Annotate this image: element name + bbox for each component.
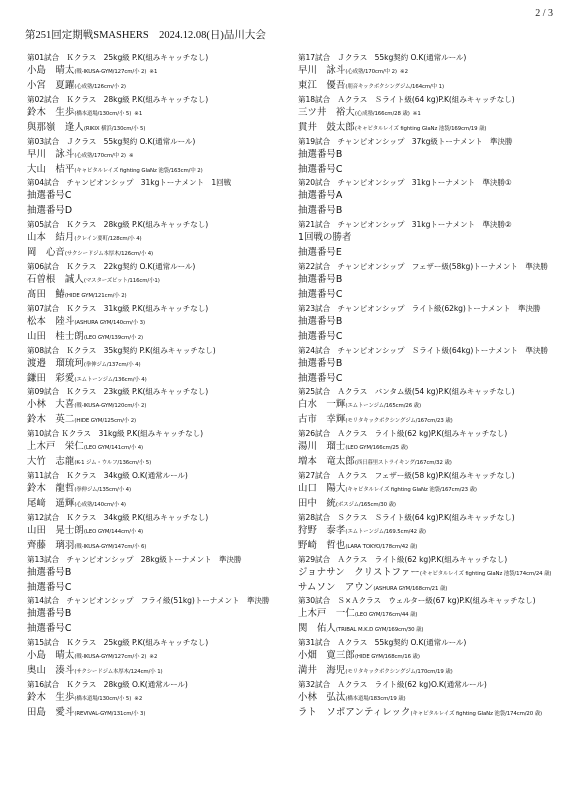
match-block: 第12試合 Ｋクラス 34kg級 P.K(組みキャッチなし) 山田 晃士朗(LE… [27, 512, 297, 554]
fighter-info: (HIDE GYM/121cm/小 2) [65, 293, 127, 299]
fighter-info: (心成塾/170cm/中 2) [345, 69, 397, 75]
fighter-row-red: 小畑 寛三郎(HIDE GYM/168cm/16 歳) [298, 649, 565, 664]
fighter-name: 奥山 湊斗 [27, 665, 74, 676]
fighter-row-red: 抽選番号B [27, 566, 297, 581]
fighter-row-red: 山本 結月(クレイン要町/128cm/小 4) [27, 231, 297, 246]
match-header: 第26試合 Ａクラス ライト級(62 kg)P.K(組みキャッチなし) [298, 428, 565, 440]
fighter-name: 抽選番号C [27, 190, 72, 201]
match-header: 第24試合 チャンピオンシップ Ｓライト級(64kg)トーナメント 準決勝 [298, 345, 565, 357]
fighter-info: (戦-IKUSA-GYM/147cm/小 6) [74, 544, 146, 550]
fighter-name: 田島 愛斗 [27, 707, 74, 718]
fighter-row-red: 白水 一輝(エムトーンジム/165cm/26 歳) [298, 398, 565, 413]
match-header: 第10試合 Ｋクラス 31kg級 P.K(組みキャッチなし) [27, 428, 297, 440]
fighter-row-blue: 山田 桂士朗(LEO GYM/139cm/小 2) [27, 330, 297, 345]
fighter-row-red: 山口 陽大(キャピタルレイズ fighting GlaNz 池袋/167cm/2… [298, 482, 565, 497]
fighter-row-red: 小島 晴太(戦-IKUSA-GYM/127cm/小 2)※1 [27, 64, 297, 79]
fighter-note: ※1 [149, 69, 157, 75]
match-block: 第14試合 チャンピオンシップ フライ級(51kg)トーナメント 準決勝 抽選番… [27, 595, 297, 637]
match-header: 第22試合 チャンピオンシップ フェザー級(58kg)トーナメント 準決勝 [298, 261, 565, 273]
fighter-name: 東江 優吾 [298, 80, 345, 91]
fighter-info: (エムトーンジム/165cm/26 歳) [345, 403, 421, 409]
match-column-left: 第01試合 Ｋクラス 25kg級 P.K(組みキャッチなし) 小島 晴太(戦-I… [27, 52, 297, 721]
match-block: 第32試合 Ａクラス ライト級(62 kg)O.K(通常ルール) 小林 弘汰(橋… [298, 679, 565, 721]
fighter-name: 抽選番号B [27, 608, 71, 619]
fighter-info: (サクシードジム本厚木/124cm/小 1) [74, 669, 162, 675]
fighter-note: ※2 [400, 69, 408, 75]
match-block: 第09試合 Ｋクラス 23kg級 P.K(組みキャッチなし) 小林 大喜(戦-I… [27, 386, 297, 428]
fighter-row-blue: 田中 統(ボスジム/165cm/30 歳) [298, 497, 565, 512]
fighter-name: 狩野 泰孝 [298, 525, 345, 536]
fighter-note: ※2 [134, 696, 142, 702]
match-header: 第15試合 Ｋクラス 25kg級 P.K(組みキャッチなし) [27, 637, 297, 649]
fighter-info: (RIKIX 横浜/130cm/小 5) [84, 126, 146, 132]
fighter-row-red: 抽選番号B [298, 273, 565, 288]
fighter-row-red: 鈴木 龍哲(拳伸ジム/135cm/小 4) [27, 482, 297, 497]
fighter-row-blue: 尾﨑 遥輝(心成塾/140cm/小 4) [27, 497, 297, 512]
fighter-name: 古市 幸輝 [298, 414, 345, 425]
fighter-row-red: 渡邉 瑠琉珂(拳伸ジム/137cm/小 4) [27, 357, 297, 372]
fighter-name: サムソン アウン [298, 582, 373, 593]
fighter-row-red: 抽選番号C [27, 189, 297, 204]
fighter-name: 抽選番号B [27, 567, 71, 578]
fighter-name: 抽選番号C [298, 289, 343, 300]
fighter-info: (ASHURA GYM/168cm/21 歳) [373, 586, 447, 592]
fighter-row-blue: 増本 竜太郎(西日暮里ストライキング/167cm/32 歳) [298, 455, 565, 470]
fighter-info: (戦-IKUSA-GYM/127cm/小 2) [74, 69, 146, 75]
fighter-name: 尾﨑 遥輝 [27, 498, 74, 509]
fighter-info: (サクシードジム本厚木/126cm/小 4) [65, 251, 153, 257]
fighter-name: 白水 一輝 [298, 399, 345, 410]
match-header: 第31試合 Ａクラス 55kg契約 O.K(通常ルール) [298, 637, 565, 649]
match-block: 第06試合 Ｋクラス 22kg契約 O.K(通常ルール) 石曽根 誠人(マスター… [27, 261, 297, 303]
fighter-row-blue: 大竹 志龍(K-1 ジム・ウルフ/136cm/小 5) [27, 455, 297, 470]
match-block: 第04試合 チャンピオンシップ 31kgトーナメント 1回戦 抽選番号C 抽選番… [27, 177, 297, 219]
fighter-name: 抽選番号C [298, 164, 343, 175]
match-header: 第04試合 チャンピオンシップ 31kgトーナメント 1回戦 [27, 177, 297, 189]
fighter-name: 山田 桂士朗 [27, 331, 84, 342]
fighter-row-blue: 抽選番号C [298, 163, 565, 178]
fighter-row-blue: 東江 優吾(朋音キックボクシングジム/164cm/中 1) [298, 79, 565, 94]
fighter-info: (心成塾/140cm/小 4) [74, 502, 126, 508]
fighter-name: 抽選番号C [298, 373, 343, 384]
fighter-row-blue: 野崎 哲也(LARA TOKYO/178cm/42 歳) [298, 539, 565, 554]
match-block: 第17試合 Ｊクラス 55kg契約 O.K(通常ルール) 早川 詠斗(心成塾/1… [298, 52, 565, 94]
fighter-name: 抽選番号C [27, 582, 72, 593]
fighter-info: (戦-IKUSA-GYM/120cm/小 2) [74, 403, 146, 409]
match-header: 第20試合 チャンピオンシップ 31kgトーナメント 準決勝① [298, 177, 565, 189]
fighter-name: 上木戸 一仁 [298, 608, 355, 619]
fighter-info: (拳伸ジム/137cm/小 4) [84, 362, 141, 368]
fighter-row-blue: 大山 桔平(キャピタルレイズ fighting GlaNz 池袋/163cm/中… [27, 163, 297, 178]
fighter-name: 小島 晴太 [27, 65, 74, 76]
fighter-name: 渡邉 瑠琉珂 [27, 358, 84, 369]
fighter-info: (心成塾/170cm/中 2) [74, 153, 126, 159]
fighter-row-red: 抽選番号B [27, 607, 297, 622]
fighter-name: 抽選番号B [298, 149, 342, 160]
match-block: 第29試合 Ａクラス ライト級(62 kg)P.K(組みキャッチなし) ジョナサ… [298, 554, 565, 596]
fighter-name: 上木戸 栄仁 [27, 441, 84, 452]
match-block: 第22試合 チャンピオンシップ フェザー級(58kg)トーナメント 準決勝 抽選… [298, 261, 565, 303]
fighter-info: (クレイン要町/128cm/小 4) [74, 236, 141, 242]
fighter-name: 小島 晴太 [27, 650, 74, 661]
match-block: 第30試合 Ｓ×Ａクラス ウェルター級(67 kg)P.K(組みキャッチなし) … [298, 595, 565, 637]
match-block: 第25試合 Ａクラス バンタム級(54 kg)P.K(組みキャッチなし) 白水 … [298, 386, 565, 428]
fighter-row-blue: 鎌田 彩愛(エムトーンジム/136cm/小 4) [27, 372, 297, 387]
match-block: 第21試合 チャンピオンシップ 31kgトーナメント 準決勝② 1回戦の勝者 抽… [298, 219, 565, 261]
fighter-info: (橋本道場/130cm/小 5) [74, 111, 131, 117]
fighter-row-blue: 小宮 夏躍(心成塾/126cm/小 2) [27, 79, 297, 94]
fighter-name: 田中 統 [298, 498, 336, 509]
fighter-info: (キャピタルレイズ fighting GlaNz 池袋/167cm/23 歳) [345, 487, 477, 493]
fighter-row-red: 鈴木 生歩(橋本道場/130cm/小 5)※2 [27, 691, 297, 706]
fighter-name: 関 佑人 [298, 623, 336, 634]
match-header: 第27試合 Ａクラス フェザー級(58 kg)P.K(組みキャッチなし) [298, 470, 565, 482]
fighter-name: 野崎 哲也 [298, 540, 345, 551]
fighter-name: 小畑 寛三郎 [298, 650, 355, 661]
fighter-row-red: 石曽根 誠人(マスターズピット/116cm/小1) [27, 273, 297, 288]
fighter-name: 鈴木 龍哲 [27, 483, 74, 494]
fighter-note: ※1 [413, 111, 421, 117]
match-block: 第15試合 Ｋクラス 25kg級 P.K(組みキャッチなし) 小島 晴太(戦-I… [27, 637, 297, 679]
fighter-row-blue: 抽選番号C [298, 372, 565, 387]
fighter-name: 満井 海児 [298, 665, 345, 676]
fighter-info: (マスターズピット/116cm/小1) [84, 278, 160, 284]
match-header: 第14試合 チャンピオンシップ フライ級(51kg)トーナメント 準決勝 [27, 595, 297, 607]
match-block: 第27試合 Ａクラス フェザー級(58 kg)P.K(組みキャッチなし) 山口 … [298, 470, 565, 512]
fighter-name: 抽選番号B [298, 316, 342, 327]
fighter-info: (LEO GYM/141cm/小 4) [84, 445, 143, 451]
fighter-info: (LEO GYM/176cm/44 歳) [355, 612, 418, 618]
fighter-name: 鎌田 彩愛 [27, 373, 74, 384]
fighter-row-blue: 抽選番号C [27, 622, 297, 637]
fighter-info: (エムトーンジム/136cm/小 4) [74, 377, 146, 383]
fighter-info: (心成塾/166cm/28 歳) [355, 111, 410, 117]
fighter-name: 抽選番号E [298, 247, 342, 258]
fighter-row-blue: 抽選番号B [298, 204, 565, 219]
match-block: 第07試合 Ｋクラス 31kg級 P.K(組みキャッチなし) 松本 陸斗(ASH… [27, 303, 297, 345]
fighter-row-red: 上木戸 栄仁(LEO GYM/141cm/小 4) [27, 440, 297, 455]
fighter-name: 抽選番号C [27, 623, 72, 634]
fighter-row-blue: ラト ソポアンティレック(キャピタルレイズ fighting GlaNz 池袋/… [298, 706, 565, 721]
fighter-row-red: 抽選番号B [298, 315, 565, 330]
fighter-name: 鈴木 英二 [27, 414, 74, 425]
match-header: 第03試合 Ｊクラス 55kg契約 O.K(通常ルール) [27, 136, 297, 148]
match-block: 第18試合 Ａクラス Ｓライト級(64 kg)P.K(組みキャッチなし) 三ツ井… [298, 94, 565, 136]
fighter-name: 早川 詠斗 [298, 65, 345, 76]
match-header: 第02試合 Ｋクラス 28kg級 P.K(組みキャッチなし) [27, 94, 297, 106]
match-block: 第03試合 Ｊクラス 55kg契約 O.K(通常ルール) 早川 詠斗(心成塾/1… [27, 136, 297, 178]
match-block: 第02試合 Ｋクラス 28kg級 P.K(組みキャッチなし) 鈴木 生歩(橋本道… [27, 94, 297, 136]
fighter-row-red: 松本 陸斗(ASHURA GYM/140cm/小 3) [27, 315, 297, 330]
fighter-note: ※1 [134, 111, 142, 117]
fighter-info: (LEO GYM/166cm/25 歳) [345, 445, 408, 451]
fighter-row-blue: 田島 愛斗(REVIVAL-GYM/131cm/小 3) [27, 706, 297, 721]
fighter-name: 抽選番号D [27, 205, 72, 216]
fighter-info: (キャピタルレイズ fighting GlaNz 池袋/174cm/24 歳) [420, 571, 552, 577]
fighter-info: (LEO GYM/139cm/小 2) [84, 335, 143, 341]
match-block: 第13試合 チャンピオンシップ 28kg級トーナメント 準決勝 抽選番号B 抽選… [27, 554, 297, 596]
fighter-row-blue: 抽選番号D [27, 204, 297, 219]
fighter-row-blue: 奥山 湊斗(サクシードジム本厚木/124cm/小 1) [27, 664, 297, 679]
fighter-name: ラト ソポアンティレック [298, 707, 410, 718]
match-block: 第19試合 チャンピオンシップ 37kg級トーナメント 準決勝 抽選番号B 抽選… [298, 136, 565, 178]
fighter-info: (HIDE GYM/168cm/16 歳) [355, 654, 420, 660]
document-title: 第251回定期戦SMASHERS 2024.12.08(日)品川大会 [25, 27, 266, 42]
match-header: 第30試合 Ｓ×Ａクラス ウェルター級(67 kg)P.K(組みキャッチなし) [298, 595, 565, 607]
fighter-row-red: 抽選番号B [298, 148, 565, 163]
fighter-row-blue: 満井 海児(モリタキックボクシングジム/170cm/19 歳) [298, 664, 565, 679]
fighter-name: 岡 心音 [27, 247, 65, 258]
match-block: 第01試合 Ｋクラス 25kg級 P.K(組みキャッチなし) 小島 晴太(戦-I… [27, 52, 297, 94]
fighter-row-red: 狩野 泰孝(エムトーンジム/169.5cm/42 歳) [298, 524, 565, 539]
fighter-info: (キャピタルレイズ fighting GlaNz 池袋/163cm/中 2) [74, 168, 202, 174]
fighter-name: 抽選番号C [298, 331, 343, 342]
fighter-row-red: 抽選番号A [298, 189, 565, 204]
fighter-info: (西日暮里ストライキング/167cm/32 歳) [355, 460, 452, 466]
match-header: 第19試合 チャンピオンシップ 37kg級トーナメント 準決勝 [298, 136, 565, 148]
match-block: 第20試合 チャンピオンシップ 31kgトーナメント 準決勝① 抽選番号A 抽選… [298, 177, 565, 219]
fighter-row-blue: 抽選番号C [298, 288, 565, 303]
fighter-info: (REVIVAL-GYM/131cm/小 3) [74, 711, 145, 717]
fighter-row-blue: 岡 心音(サクシードジム本厚木/126cm/小 4) [27, 246, 297, 261]
fighter-row-red: 小林 弘汰(橋本道場/183cm/19 歳) [298, 691, 565, 706]
fighter-row-red: 抽選番号B [298, 357, 565, 372]
match-header: 第11試合 Ｋクラス 34kg級 O.K(通常ルール) [27, 470, 297, 482]
match-block: 第08試合 Ｋクラス 35kg契約 P.K(組みキャッチなし) 渡邉 瑠琉珂(拳… [27, 345, 297, 387]
match-header: 第23試合 チャンピオンシップ ライト級(62kg)トーナメント 準決勝 [298, 303, 565, 315]
fighter-name: 抽選番号B [298, 274, 342, 285]
fighter-name: 1回戦の勝者 [298, 232, 351, 243]
fighter-name: 三ツ井 裕大 [298, 107, 355, 118]
fighter-info: (K-1 ジム・ウルフ/136cm/小 5) [74, 460, 151, 466]
fighter-row-blue: 抽選番号E [298, 246, 565, 261]
match-header: 第13試合 チャンピオンシップ 28kg級トーナメント 準決勝 [27, 554, 297, 566]
fighter-row-blue: 古市 幸輝(モリタキックボクシングジム/167cm/23 歳) [298, 413, 565, 428]
fighter-note: ※2 [149, 654, 157, 660]
fighter-name: 大山 桔平 [27, 164, 74, 175]
fighter-row-red: 1回戦の勝者 [298, 231, 565, 246]
fighter-name: 湯川 瑠士 [298, 441, 345, 452]
fighter-info: (キャピタルレイズ fighting GlaNz 池袋/174cm/20 歳) [410, 711, 542, 717]
fighter-row-red: 山田 晃士朗(LEO GYM/144cm/小 4) [27, 524, 297, 539]
match-block: 第11試合 Ｋクラス 34kg級 O.K(通常ルール) 鈴木 龍哲(拳伸ジム/1… [27, 470, 297, 512]
fighter-row-red: 三ツ井 裕大(心成塾/166cm/28 歳)※1 [298, 106, 565, 121]
match-header: 第09試合 Ｋクラス 23kg級 P.K(組みキャッチなし) [27, 386, 297, 398]
fighter-name: 抽選番号B [298, 358, 342, 369]
fighter-info: (モリタキックボクシングジム/167cm/23 歳) [345, 418, 452, 424]
fighter-name: 與那嶺 逢人 [27, 122, 84, 133]
fighter-row-red: 小林 大喜(戦-IKUSA-GYM/120cm/小 2) [27, 398, 297, 413]
fighter-name: 髙田 鰆 [27, 289, 65, 300]
fighter-info: (HIDE GYM/125cm/小 2) [74, 418, 136, 424]
fighter-info: (心成塾/126cm/小 2) [74, 84, 126, 90]
fighter-name: 山田 晃士朗 [27, 525, 84, 536]
match-header: 第28試合 Ｓクラス Ｓライト級(64 kg)P.K(組みキャッチなし) [298, 512, 565, 524]
match-header: 第18試合 Ａクラス Ｓライト級(64 kg)P.K(組みキャッチなし) [298, 94, 565, 106]
fighter-row-blue: 髙田 鰆(HIDE GYM/121cm/小 2) [27, 288, 297, 303]
fighter-info: (ASHURA GYM/140cm/小 3) [74, 320, 145, 326]
match-column-right: 第17試合 Ｊクラス 55kg契約 O.K(通常ルール) 早川 詠斗(心成塾/1… [298, 52, 565, 721]
fighter-row-blue: 與那嶺 逢人(RIKIX 横浜/130cm/小 5) [27, 121, 297, 136]
fighter-info: (LEO GYM/144cm/小 4) [84, 529, 143, 535]
match-header: 第08試合 Ｋクラス 35kg契約 P.K(組みキャッチなし) [27, 345, 297, 357]
match-header: 第07試合 Ｋクラス 31kg級 P.K(組みキャッチなし) [27, 303, 297, 315]
fighter-row-blue: 抽選番号C [27, 581, 297, 596]
fighter-info: (朋音キックボクシングジム/164cm/中 1) [345, 84, 444, 90]
fighter-name: 大竹 志龍 [27, 456, 74, 467]
fighter-info: (キャピタルレイズ fighting GlaNz 池袋/169cm/19 歳) [355, 126, 487, 132]
fighter-row-blue: 貫井 鼓太郎(キャピタルレイズ fighting GlaNz 池袋/169cm/… [298, 121, 565, 136]
match-block: 第28試合 Ｓクラス Ｓライト級(64 kg)P.K(組みキャッチなし) 狩野 … [298, 512, 565, 554]
match-header: 第21試合 チャンピオンシップ 31kgトーナメント 準決勝② [298, 219, 565, 231]
fighter-name: 山口 陽大 [298, 483, 345, 494]
fighter-name: ジョナサン クリストファー [298, 567, 420, 578]
match-block: 第31試合 Ａクラス 55kg契約 O.K(通常ルール) 小畑 寛三郎(HIDE… [298, 637, 565, 679]
fighter-name: 小林 弘汰 [298, 692, 345, 703]
fighter-row-red: 早川 詠斗(心成塾/170cm/中 2)※ [27, 148, 297, 163]
match-header: 第01試合 Ｋクラス 25kg級 P.K(組みキャッチなし) [27, 52, 297, 64]
fighter-row-blue: 関 佑人(TRIBAL M.K.D GYM/169cm/30 歳) [298, 622, 565, 637]
match-block: 第10試合 Ｋクラス 31kg級 P.K(組みキャッチなし) 上木戸 栄仁(LE… [27, 428, 297, 470]
fighter-row-red: 鈴木 生歩(橋本道場/130cm/小 5)※1 [27, 106, 297, 121]
fighter-name: 早川 詠斗 [27, 149, 74, 160]
fighter-row-red: ジョナサン クリストファー(キャピタルレイズ fighting GlaNz 池袋… [298, 566, 565, 581]
fighter-info: (橋本道場/183cm/19 歳) [345, 696, 405, 702]
fighter-name: 小林 大喜 [27, 399, 74, 410]
match-header: 第17試合 Ｊクラス 55kg契約 O.K(通常ルール) [298, 52, 565, 64]
fighter-name: 鈴木 生歩 [27, 107, 74, 118]
match-block: 第23試合 チャンピオンシップ ライト級(62kg)トーナメント 準決勝 抽選番… [298, 303, 565, 345]
fighter-note: ※ [129, 153, 134, 159]
match-block: 第16試合 Ｋクラス 28kg級 O.K(通常ルール) 鈴木 生歩(橋本道場/1… [27, 679, 297, 721]
match-header: 第05試合 Ｋクラス 28kg級 P.K(組みキャッチなし) [27, 219, 297, 231]
fighter-info: (モリタキックボクシングジム/170cm/19 歳) [345, 669, 452, 675]
fighter-name: 小宮 夏躍 [27, 80, 74, 91]
fighter-info: (LARA TOKYO/178cm/42 歳) [345, 544, 417, 550]
fighter-row-blue: 齊藤 璃羽(戦-IKUSA-GYM/147cm/小 6) [27, 539, 297, 554]
fighter-row-red: 上木戸 一仁(LEO GYM/176cm/44 歳) [298, 607, 565, 622]
fighter-row-blue: 抽選番号C [298, 330, 565, 345]
fighter-row-red: 小島 晴太(戦-IKUSA-GYM/127cm/小 2)※2 [27, 649, 297, 664]
fighter-name: 石曽根 誠人 [27, 274, 84, 285]
match-block: 第26試合 Ａクラス ライト級(62 kg)P.K(組みキャッチなし) 湯川 瑠… [298, 428, 565, 470]
fighter-info: (エムトーンジム/169.5cm/42 歳) [345, 529, 426, 535]
fighter-row-red: 早川 詠斗(心成塾/170cm/中 2)※2 [298, 64, 565, 79]
match-header: 第16試合 Ｋクラス 28kg級 O.K(通常ルール) [27, 679, 297, 691]
fighter-name: 齊藤 璃羽 [27, 540, 74, 551]
fighter-name: 松本 陸斗 [27, 316, 74, 327]
fighter-row-red: 湯川 瑠士(LEO GYM/166cm/25 歳) [298, 440, 565, 455]
fighter-row-blue: サムソン アウン(ASHURA GYM/168cm/21 歳) [298, 581, 565, 596]
fighter-info: (拳伸ジム/135cm/小 4) [74, 487, 131, 493]
fighter-name: 鈴木 生歩 [27, 692, 74, 703]
match-header: 第12試合 Ｋクラス 34kg級 P.K(組みキャッチなし) [27, 512, 297, 524]
fighter-name: 抽選番号B [298, 205, 342, 216]
match-header: 第25試合 Ａクラス バンタム級(54 kg)P.K(組みキャッチなし) [298, 386, 565, 398]
fighter-row-blue: 鈴木 英二(HIDE GYM/125cm/小 2) [27, 413, 297, 428]
match-block: 第05試合 Ｋクラス 28kg級 P.K(組みキャッチなし) 山本 結月(クレイ… [27, 219, 297, 261]
fighter-info: (ボスジム/165cm/30 歳) [336, 502, 396, 508]
match-header: 第06試合 Ｋクラス 22kg契約 O.K(通常ルール) [27, 261, 297, 273]
fighter-info: (戦-IKUSA-GYM/127cm/小 2) [74, 654, 146, 660]
fighter-info: (橋本道場/130cm/小 5) [74, 696, 131, 702]
fighter-name: 貫井 鼓太郎 [298, 122, 355, 133]
fighter-name: 増本 竜太郎 [298, 456, 355, 467]
fighter-name: 山本 結月 [27, 232, 74, 243]
match-block: 第24試合 チャンピオンシップ Ｓライト級(64kg)トーナメント 準決勝 抽選… [298, 345, 565, 387]
page-number: 2 / 3 [535, 8, 553, 19]
match-header: 第29試合 Ａクラス ライト級(62 kg)P.K(組みキャッチなし) [298, 554, 565, 566]
match-header: 第32試合 Ａクラス ライト級(62 kg)O.K(通常ルール) [298, 679, 565, 691]
fighter-name: 抽選番号A [298, 190, 342, 201]
fighter-info: (TRIBAL M.K.D GYM/169cm/30 歳) [336, 627, 423, 633]
